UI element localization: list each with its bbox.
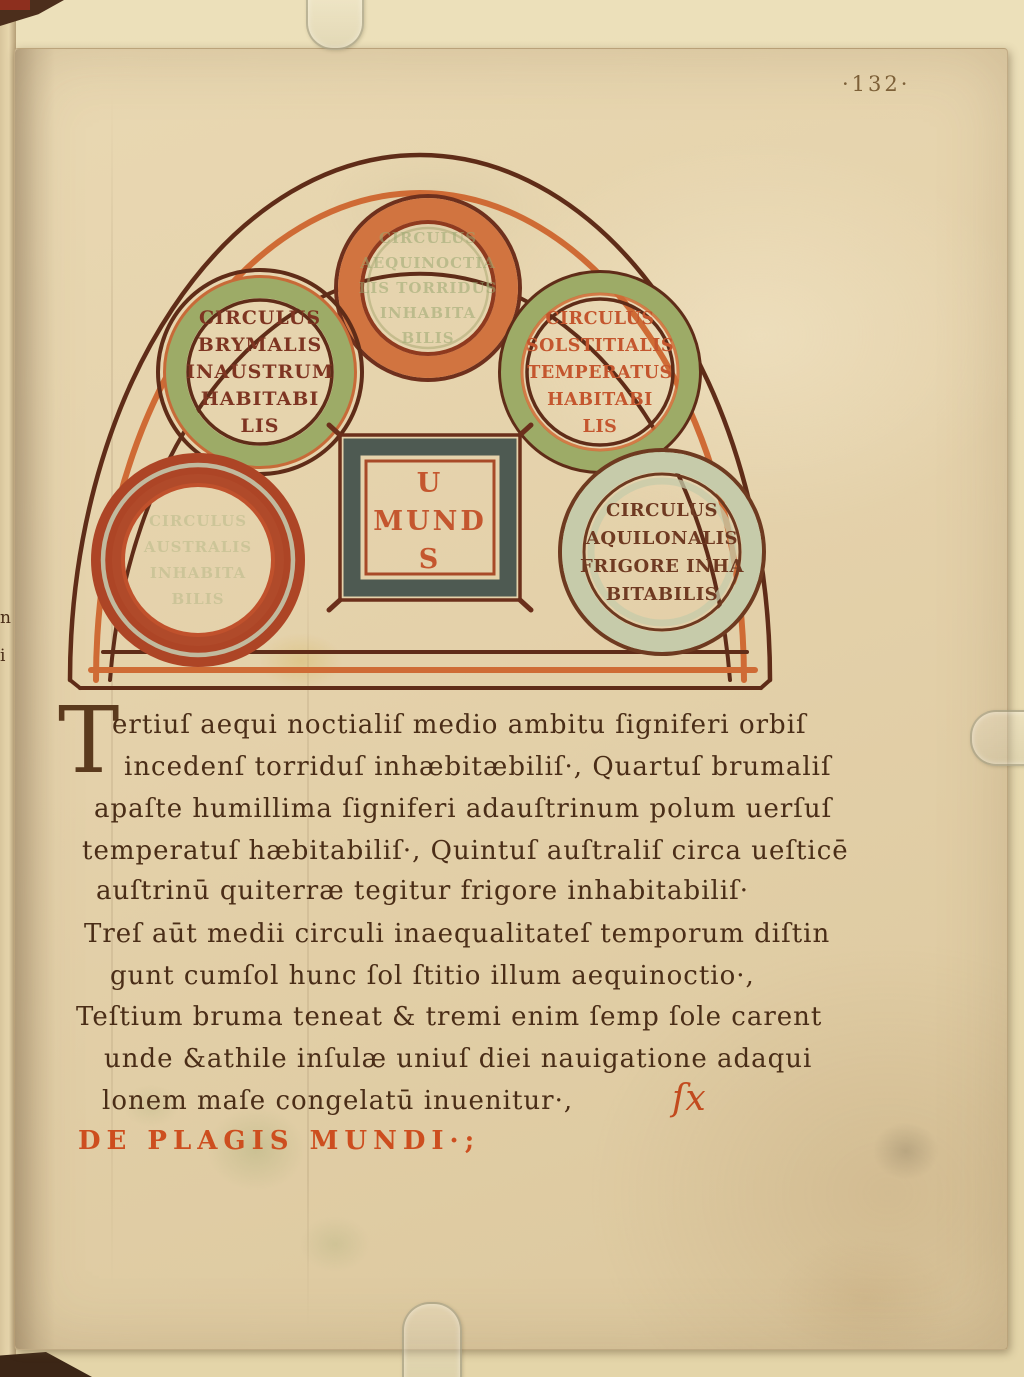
- text-line: Treſ aūt medii circuli inaequalitateſ te…: [84, 919, 830, 949]
- binding-red-accent: [0, 0, 30, 10]
- folio-number: ·132·: [842, 72, 910, 96]
- svg-text:HABITABI: HABITABI: [547, 390, 653, 410]
- mount-clip-top: [306, 0, 364, 50]
- svg-text:CIRCULUS: CIRCULUS: [199, 307, 321, 329]
- text-line: gunt cumſol hunc ſol ſtitio illum aequin…: [110, 961, 755, 991]
- text-line: unde &athile inſulæ uniuſ diei nauigatio…: [104, 1044, 812, 1074]
- svg-text:LIS: LIS: [583, 417, 618, 437]
- svg-text:BRYMALIS: BRYMALIS: [198, 334, 323, 356]
- svg-text:BITABILIS: BITABILIS: [606, 584, 718, 605]
- svg-text:AEQUINOCTIA: AEQUINOCTIA: [359, 254, 496, 272]
- svg-text:S: S: [419, 544, 442, 575]
- circle-australis-ring: [93, 455, 303, 665]
- mount-clip-bottom: [402, 1302, 462, 1377]
- svg-text:CIRCULUS: CIRCULUS: [545, 309, 654, 329]
- svg-text:LIS TORRIDUS: LIS TORRIDUS: [359, 279, 498, 297]
- marginal-red-mark: ſx: [672, 1078, 706, 1119]
- circle-brumalis-label: CIRCULUS BRYMALIS INAUSTRUM HABITABI LIS: [186, 307, 334, 437]
- circle-solstitialis-label: CIRCULUS SOLSTITIALIS TEMPERATUS HABITAB…: [526, 309, 674, 437]
- text-line: apaſte humillima ſigniferi adauſtrinum p…: [94, 794, 832, 824]
- circle-aquilonalis-ring: [560, 450, 764, 654]
- text-line: lonem maſe congelatū inuenitur·,: [102, 1086, 573, 1116]
- svg-text:CIRCULUS: CIRCULUS: [149, 512, 247, 530]
- rubric-title: DE PLAGIS MUNDI·;: [78, 1126, 480, 1156]
- svg-text:INAUSTRUM: INAUSTRUM: [186, 361, 334, 383]
- svg-text:CIRCULUS: CIRCULUS: [606, 500, 718, 521]
- svg-text:TEMPERATUS: TEMPERATUS: [527, 363, 672, 383]
- text-line: Teſtium bruma teneat & tremi enim ſemp ſ…: [76, 1002, 822, 1032]
- svg-text:MUND: MUND: [373, 506, 487, 537]
- svg-text:BILIS: BILIS: [171, 590, 224, 608]
- svg-text:AQUILONALIS: AQUILONALIS: [585, 528, 738, 549]
- zones-diagram: CIRCULUS AEQUINOCTIA LIS TORRIDUS INHABI…: [55, 140, 785, 700]
- binding-corner-bottom-left: [0, 1352, 92, 1377]
- svg-text:U: U: [417, 468, 444, 499]
- svg-text:CIRCULUS: CIRCULUS: [379, 229, 477, 247]
- edge-letter: i: [0, 646, 12, 666]
- svg-text:INHABITA: INHABITA: [150, 564, 246, 582]
- svg-text:FRIGORE INHA: FRIGORE INHA: [580, 556, 745, 577]
- circle-torrid-label: CIRCULUS AEQUINOCTIA LIS TORRIDUS INHABI…: [359, 229, 498, 347]
- svg-text:INHABITA: INHABITA: [380, 304, 476, 322]
- text-line: temperatuſ hæbitabiliſ·, Quintuſ auſtral…: [82, 836, 849, 866]
- text-line: auſtrinū quiterræ tegitur frigore inhabi…: [96, 876, 749, 906]
- edge-letter: n: [0, 608, 12, 628]
- svg-text:LIS: LIS: [241, 415, 280, 437]
- mount-clip-right: [970, 710, 1024, 766]
- text-line: incedenſ torriduſ inhæbitæbiliſ·, Quartu…: [124, 752, 832, 782]
- mundus-label: U MUND S: [373, 468, 487, 575]
- text-line: ertiuſ aequi noctialiſ medio ambitu ſign…: [112, 710, 807, 740]
- svg-text:HABITABI: HABITABI: [201, 388, 319, 410]
- svg-text:BILIS: BILIS: [401, 329, 454, 347]
- initial-letter: T: [58, 700, 119, 783]
- svg-text:SOLSTITIALIS: SOLSTITIALIS: [526, 336, 674, 356]
- svg-text:AUSTRALIS: AUSTRALIS: [143, 538, 252, 556]
- circle-australis-label: CIRCULUS AUSTRALIS INHABITA BILIS: [143, 512, 252, 608]
